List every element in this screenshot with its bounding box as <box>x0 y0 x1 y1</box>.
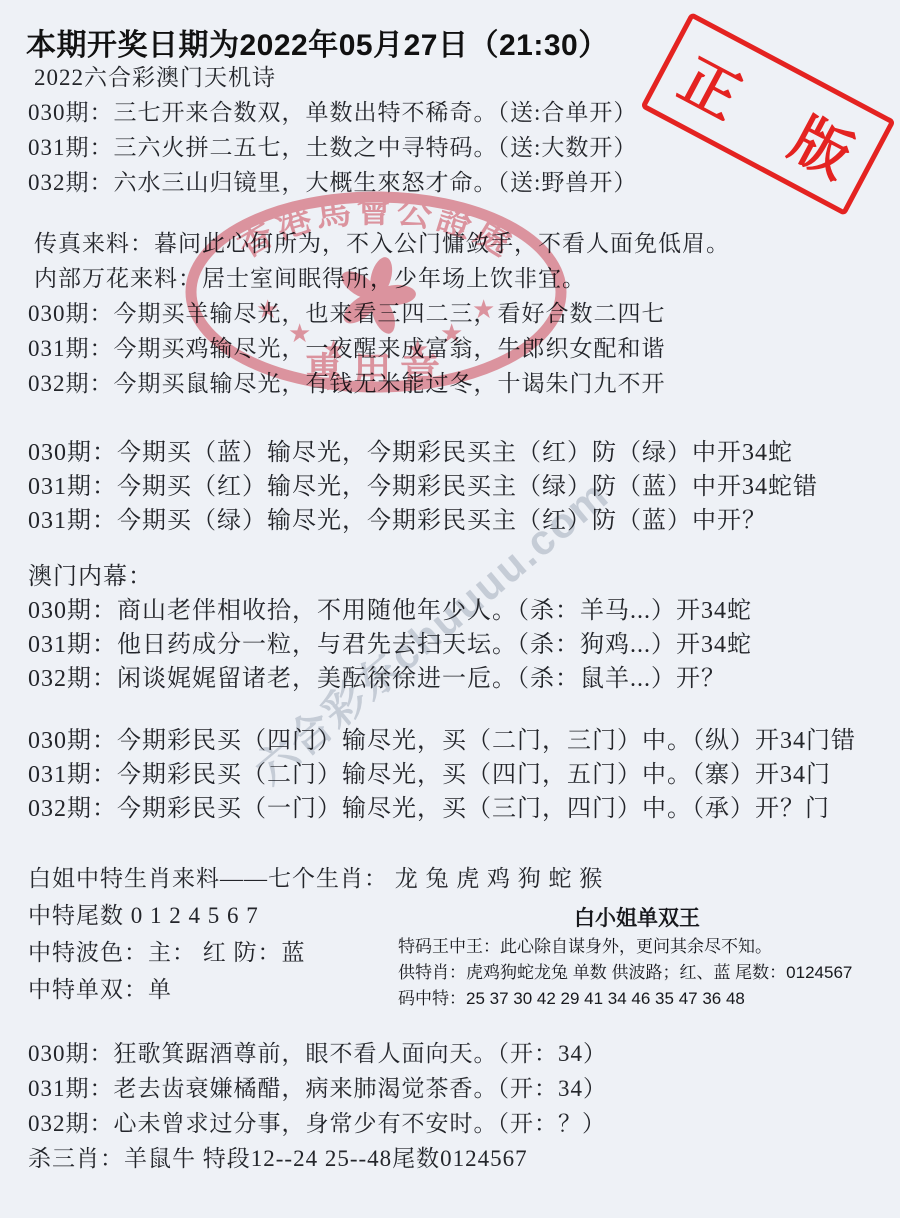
star-icon: ★ <box>472 294 495 324</box>
tip-line: 白姐中特生肖来料——七个生肖： 龙 兔 虎 鸡 狗 蛇 猴 <box>28 860 603 897</box>
period-line: 031期：今期彩民买（二门）输尽光，买（四门，五门）中。（寨）开34门 <box>28 758 856 792</box>
section-poems: 030期：狂歌箕踞酒尊前，眼不看人面向天。（开：34） 031期：老去齿衰嫌橘醋… <box>28 1036 607 1176</box>
period-line: 031期：老去齿衰嫌橘醋，病来肺渴觉茶香。（开：34） <box>28 1071 607 1106</box>
bauhinia-flower-icon <box>337 255 416 337</box>
section-macau-insider: 澳门内幕： 030期：商山老伴相收拾，不用随他年少人。（杀：羊马...）开34蛇… <box>28 560 752 696</box>
star-icon: ★ <box>256 294 279 324</box>
tip-line: 码中特：25 37 30 42 29 41 34 46 35 47 36 48 <box>398 986 876 1012</box>
star-icon: ★ <box>288 318 311 348</box>
section-tianjishi: 2022六合彩澳门天机诗 030期：三七开来合数双，单数出特不稀奇。（送:合单开… <box>28 60 637 200</box>
period-line: 030期：商山老伴相收拾，不用随他年少人。（杀：羊马...）开34蛇 <box>28 594 752 628</box>
period-line: 031期：三六火拼二五七，土数之中寻特码。（送:大数开） <box>28 130 637 165</box>
lottery-fax-sheet: 本期开奖日期为2022年05月27日（21:30） 六合彩东chuuuu.com… <box>0 0 900 1218</box>
page-title: 本期开奖日期为2022年05月27日（21:30） <box>26 20 609 64</box>
period-line: 032期：心未曾求过分事，身常少有不安时。（开：？） <box>28 1106 607 1141</box>
period-line: 032期：今期彩民买（一门）输尽光，买（三门，四门）中。（承）开？门 <box>28 792 856 826</box>
genuine-stamp: 正 版 <box>640 12 896 216</box>
period-line: 032期：闲谈娓娓留诸老，美酝徐徐进一卮。（杀：鼠羊...）开？ <box>28 662 752 696</box>
period-line: 030期：今期彩民买（四门）输尽光，买（二门，三门）中。（纵）开34门错 <box>28 724 856 758</box>
section-color-tips: 030期：今期买（蓝）输尽光，今期彩民买主（红）防（绿）中开34蛇 031期：今… <box>28 436 818 538</box>
seal-bottom-text: 專用章 <box>304 350 448 395</box>
section-heading: 2022六合彩澳门天机诗 <box>28 60 637 95</box>
kill-zodiac-line: 杀三肖：羊鼠牛 特段12--24 25--48尾数0124567 <box>28 1141 607 1176</box>
period-line: 031期：今期买（绿）输尽光，今期彩民买主（红）防（蓝）中开？ <box>28 504 818 538</box>
period-line: 031期：他日药成分一粒，与君先去扫天坛。（杀：狗鸡...）开34蛇 <box>28 628 752 662</box>
section-gate-tips: 030期：今期彩民买（四门）输尽光，买（二门，三门）中。（纵）开34门错 031… <box>28 724 856 826</box>
section-baixiaojie-box: 白小姐单双王 特码王中王：此心除自谋身外，更问其余尽不知。 供特肖：虎鸡狗蛇龙兔… <box>398 904 876 1012</box>
genuine-stamp-text: 正 版 <box>667 34 892 207</box>
period-line: 030期：狂歌箕踞酒尊前，眼不看人面向天。（开：34） <box>28 1036 607 1071</box>
jockey-club-seal-watermark: 香港馬會公證處 ★ ★ ★ ★ ★ ★ 專用章 <box>176 190 576 402</box>
tip-line: 供特肖：虎鸡狗蛇龙兔 单数 供波路；红、蓝 尾数：0124567 <box>398 960 876 986</box>
tip-line: 特码王中王：此心除自谋身外，更问其余尽不知。 <box>398 934 876 960</box>
period-line: 030期：今期买（蓝）输尽光，今期彩民买主（红）防（绿）中开34蛇 <box>28 436 818 470</box>
box-title: 白小姐单双王 <box>398 904 876 934</box>
period-line: 031期：今期买（红）输尽光，今期彩民买主（绿）防（蓝）中开34蛇错 <box>28 470 818 504</box>
section-heading: 澳门内幕： <box>28 560 752 594</box>
period-line: 030期：三七开来合数双，单数出特不稀奇。（送:合单开） <box>28 95 637 130</box>
star-icon: ★ <box>440 318 463 348</box>
seal-arc-text: 香港馬會公證處 <box>231 191 522 265</box>
